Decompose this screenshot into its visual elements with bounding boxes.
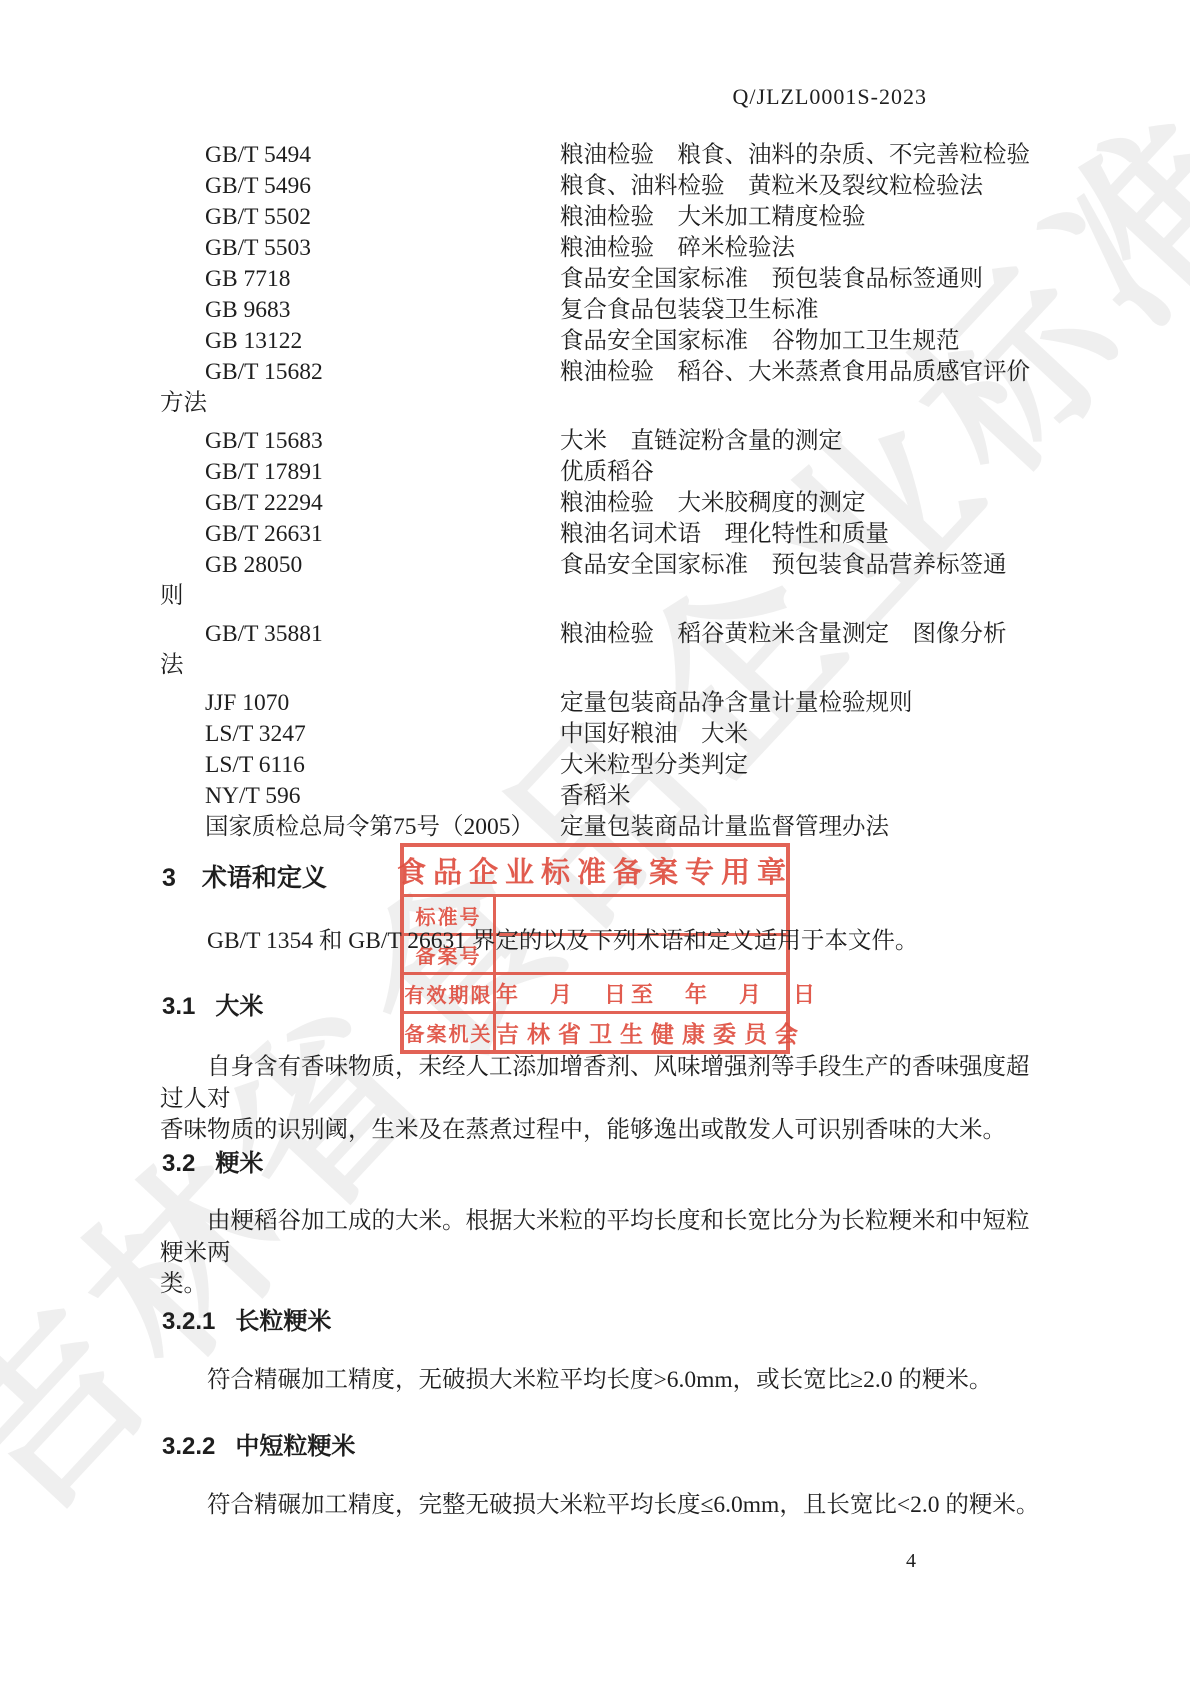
reference-code: GB 7718 (160, 264, 560, 295)
reference-title: 食品安全国家标准 预包装食品营养标签通 (560, 550, 1040, 581)
reference-row: GB 9683复合食品包装袋卫生标准 (160, 295, 1040, 326)
section-number: 3.2 (162, 1150, 195, 1177)
reference-row: GB/T 5496粮食、油料检验 黄粒米及裂纹粒检验法 (160, 171, 1040, 202)
reference-code: NY/T 596 (160, 781, 560, 812)
reference-row: GB/T 5494粮油检验 粮食、油料的杂质、不完善粒检验 (160, 140, 1040, 171)
reference-row: NY/T 596香稻米 (160, 781, 1040, 812)
section-heading-3-2: 3.2粳米 (162, 1143, 263, 1178)
reference-title: 粮油检验 碎米检验法 (560, 233, 1040, 264)
reference-title: 大米 直链淀粉含量的测定 (560, 426, 1040, 457)
reference-row: JJF 1070定量包装商品净含量计量检验规则 (160, 688, 1040, 719)
reference-title: 粮油检验 大米加工精度检验 (560, 202, 1040, 233)
reference-code: 国家质检总局令第75号（2005） (160, 812, 560, 843)
reference-title: 优质稻谷 (560, 457, 1040, 488)
reference-title: 中国好粮油 大米 (560, 719, 1040, 750)
section-number: 3 (162, 864, 176, 892)
reference-row: GB/T 35881粮油检验 稻谷黄粒米含量测定 图像分析 (160, 619, 1040, 650)
section-title: 长粒粳米 (235, 1308, 331, 1335)
reference-code: GB/T 15683 (160, 426, 560, 457)
section-number: 3.1 (162, 993, 195, 1020)
reference-title: 复合食品包装袋卫生标准 (560, 295, 1040, 326)
stamp-row: 备案机关吉林省卫生健康委员会 (404, 1014, 786, 1050)
stamp-label: 有效期限 (404, 975, 496, 1011)
stamp-value: 年 月 日至 年 月 日 (496, 975, 820, 1011)
reference-row: GB/T 22294粮油检验 大米胶稠度的测定 (160, 488, 1040, 519)
reference-code: GB/T 17891 (160, 457, 560, 488)
reference-row: LS/T 6116大米粒型分类判定 (160, 750, 1040, 781)
reference-row: GB/T 15683大米 直链淀粉含量的测定 (160, 426, 1040, 457)
reference-title: 粮食、油料检验 黄粒米及裂纹粒检验法 (560, 171, 1040, 202)
reference-row: GB 13122食品安全国家标准 谷物加工卫生规范 (160, 326, 1040, 357)
reference-title: 香稻米 (560, 781, 1040, 812)
reference-continuation: 法 (160, 650, 1040, 681)
page-number: 4 (906, 1550, 916, 1573)
reference-row: 国家质检总局令第75号（2005）定量包装商品计量监督管理办法 (160, 812, 1040, 843)
section-title: 大米 (215, 993, 263, 1020)
reference-code: GB/T 5502 (160, 202, 560, 233)
reference-title: 大米粒型分类判定 (560, 750, 1040, 781)
reference-title: 粮油检验 粮食、油料的杂质、不完善粒检验 (560, 140, 1040, 171)
stamp-row: 有效期限年 月 日至 年 月 日 (404, 975, 786, 1014)
reference-code: GB 9683 (160, 295, 560, 326)
stamp-title: 食品企业标准备案专用章 (404, 847, 786, 897)
reference-continuation: 则 (160, 581, 1040, 612)
stamp-value: 吉林省卫生健康委员会 (496, 1014, 806, 1050)
section-3-2-body: 由粳稻谷加工成的大米。根据大米粒的平均长度和长宽比分为长粒粳米和中短粒粳米两 类… (160, 1206, 1040, 1301)
document-page: 吉林省食品企业标准 Q/JLZL0001S-2023 GB/T 5494粮油检验… (0, 0, 1190, 1683)
reference-title: 粮油检验 大米胶稠度的测定 (560, 488, 1040, 519)
reference-continuation: 方法 (160, 388, 1040, 419)
header-standard-code: Q/JLZL0001S-2023 (733, 84, 927, 110)
section-heading-3-2-2: 3.2.2中短粒粳米 (162, 1426, 355, 1461)
section-title: 中短粒粳米 (235, 1433, 355, 1460)
references-list: GB/T 5494粮油检验 粮食、油料的杂质、不完善粒检验GB/T 5496粮食… (160, 140, 1040, 843)
reference-code: GB 28050 (160, 550, 560, 581)
stamp-label: 备案机关 (404, 1014, 496, 1050)
reference-code: LS/T 6116 (160, 750, 560, 781)
reference-title: 粮油检验 稻谷、大米蒸煮食用品质感官评价 (560, 357, 1040, 388)
reference-row: GB/T 26631粮油名词术语 理化特性和质量 (160, 519, 1040, 550)
reference-title-wrap: 则 (160, 581, 184, 612)
reference-code: JJF 1070 (160, 688, 560, 719)
reference-title-wrap: 方法 (160, 388, 207, 419)
reference-title: 定量包装商品计量监督管理办法 (560, 812, 1040, 843)
reference-title: 定量包装商品净含量计量检验规则 (560, 688, 1040, 719)
reference-row: GB/T 5502粮油检验 大米加工精度检验 (160, 202, 1040, 233)
reference-code: GB/T 26631 (160, 519, 560, 550)
section-3-intro: GB/T 1354 和 GB/T 26631 界定的以及下列术语和定义适用于本文… (160, 926, 1040, 958)
reference-code: GB 13122 (160, 326, 560, 357)
reference-code: GB/T 5503 (160, 233, 560, 264)
reference-code: GB/T 5496 (160, 171, 560, 202)
reference-code: GB/T 22294 (160, 488, 560, 519)
reference-row: GB/T 15682粮油检验 稻谷、大米蒸煮食用品质感官评价 (160, 357, 1040, 388)
section-title: 粳米 (215, 1150, 263, 1177)
section-3-1-body: 自身含有香味物质，未经人工添加增香剂、风味增强剂等手段生产的香味强度超过人对 香… (160, 1052, 1040, 1147)
section-heading-3-2-1: 3.2.1长粒粳米 (162, 1301, 331, 1336)
section-3-2-2-body: 符合精碾加工精度，完整无破损大米粒平均长度≤6.0mm，且长宽比<2.0 的粳米… (160, 1490, 1040, 1522)
reference-code: GB/T 35881 (160, 619, 560, 650)
reference-title: 粮油检验 稻谷黄粒米含量测定 图像分析 (560, 619, 1040, 650)
reference-code: LS/T 3247 (160, 719, 560, 750)
reference-title: 食品安全国家标准 预包装食品标签通则 (560, 264, 1040, 295)
reference-row: GB/T 17891优质稻谷 (160, 457, 1040, 488)
section-heading-3-1: 3.1大米 (162, 986, 263, 1021)
reference-title-wrap: 法 (160, 650, 184, 681)
reference-title: 粮油名词术语 理化特性和质量 (560, 519, 1040, 550)
section-title: 术语和定义 (202, 864, 327, 892)
reference-code: GB/T 15682 (160, 357, 560, 388)
section-heading-3: 3术语和定义 (162, 858, 327, 894)
section-3-2-1-body: 符合精碾加工精度，无破损大米粒平均长度>6.0mm，或长宽比≥2.0 的粳米。 (160, 1365, 1040, 1397)
reference-row: LS/T 3247中国好粮油 大米 (160, 719, 1040, 750)
reference-row: GB 7718食品安全国家标准 预包装食品标签通则 (160, 264, 1040, 295)
section-number: 3.2.2 (162, 1433, 215, 1460)
reference-row: GB/T 5503粮油检验 碎米检验法 (160, 233, 1040, 264)
reference-title: 食品安全国家标准 谷物加工卫生规范 (560, 326, 1040, 357)
reference-code: GB/T 5494 (160, 140, 560, 171)
reference-row: GB 28050食品安全国家标准 预包装食品营养标签通 (160, 550, 1040, 581)
section-number: 3.2.1 (162, 1308, 215, 1335)
